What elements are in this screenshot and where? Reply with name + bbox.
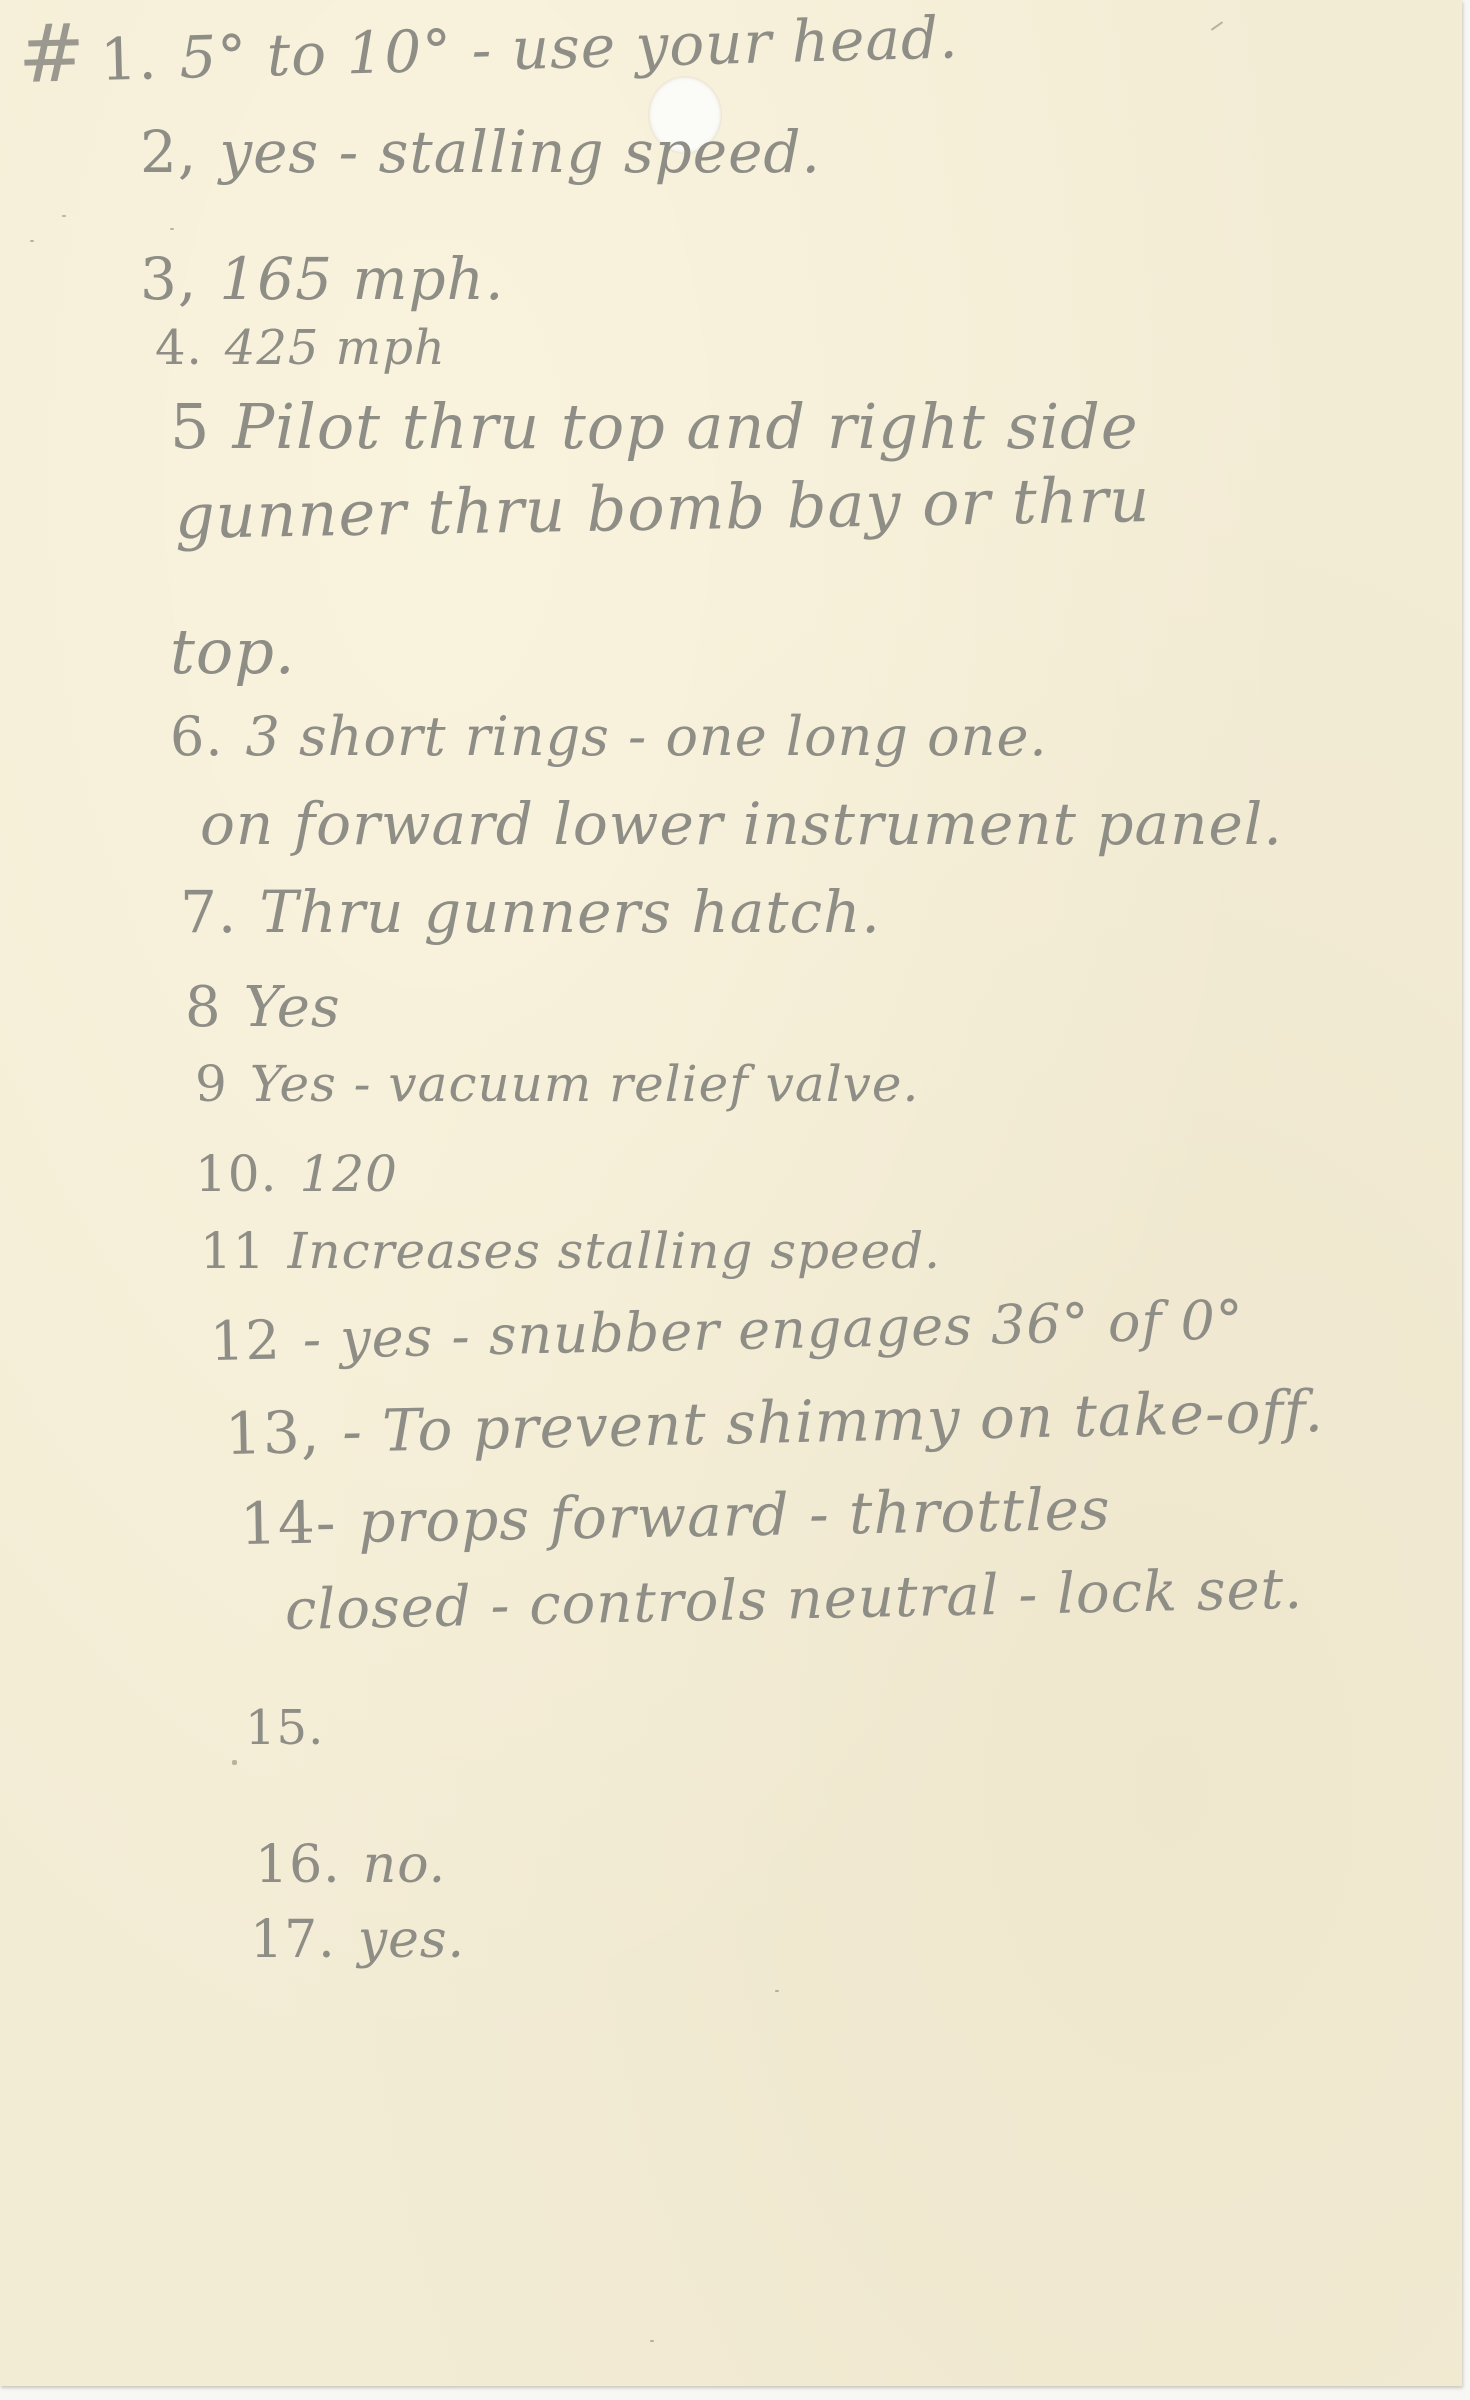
answer-text: gunner thru bomb bay or thru	[174, 463, 1150, 553]
answer-text: no.	[363, 1835, 446, 1895]
paper-speck	[650, 2340, 654, 2342]
answer-number: 16.	[255, 1835, 341, 1895]
paper-sheet: #1.5° to 10° - use your head. 2,yes - st…	[0, 0, 1462, 2386]
answer-15: 15.	[245, 1700, 346, 1756]
answer-number: 9	[195, 1055, 228, 1113]
answer-14: 14-props forward - throttles	[239, 1475, 1111, 1558]
paper-speck	[170, 228, 174, 230]
answer-number: 11	[200, 1222, 266, 1280]
answer-11: 11Increases stalling speed.	[200, 1222, 941, 1280]
answer-8: 8Yes	[185, 975, 341, 1040]
answer-number: 10.	[195, 1145, 278, 1203]
answer-6-cont: on forward lower instrument panel.	[200, 790, 1283, 858]
answer-text: yes.	[358, 1910, 465, 1970]
answer-12: 12- yes - snubber engages 36° of 0°	[209, 1288, 1244, 1373]
paper-speck	[1211, 21, 1224, 31]
answer-text: closed - controls neutral - lock set.	[284, 1557, 1303, 1643]
answer-text: on forward lower instrument panel.	[200, 790, 1283, 858]
answer-text: - To prevent shimmy on take-off.	[342, 1377, 1325, 1466]
answer-4: 4.425 mph	[155, 320, 446, 376]
answer-text: 3 short rings - one long one.	[246, 705, 1048, 768]
answer-10: 10.120	[195, 1145, 398, 1203]
answer-number: 14-	[239, 1488, 337, 1558]
answer-text: 165 mph.	[219, 245, 504, 313]
answer-number: 6.	[170, 705, 224, 768]
answer-1: #1.5° to 10° - use your head.	[17, 0, 960, 101]
answer-6: 6.3 short rings - one long one.	[170, 705, 1048, 768]
answer-number: 12	[209, 1309, 281, 1373]
answer-17: 17.yes.	[250, 1910, 465, 1970]
answer-13: 13,- To prevent shimmy on take-off.	[224, 1377, 1324, 1468]
answer-number: 7.	[180, 878, 237, 946]
answer-number: 1.	[99, 24, 158, 93]
answer-number: 2,	[140, 118, 197, 186]
paper-speck	[30, 240, 34, 242]
answer-2: 2,yes - stalling speed.	[140, 118, 821, 186]
answer-number: 5	[170, 390, 210, 463]
answer-7: 7.Thru gunners hatch.	[180, 878, 881, 946]
answer-text: Thru gunners hatch.	[259, 878, 881, 946]
answer-text: yes - stalling speed.	[219, 118, 821, 186]
answer-text: Yes - vacuum relief valve.	[250, 1055, 920, 1113]
paper-speck	[232, 1760, 237, 1765]
answer-text: - yes - snubber engages 36° of 0°	[302, 1288, 1244, 1371]
header-mark: #	[17, 6, 87, 101]
answer-number: 17.	[250, 1910, 336, 1970]
answer-3: 3,165 mph.	[140, 245, 504, 313]
answer-9: 9Yes - vacuum relief valve.	[195, 1055, 919, 1113]
answer-text: props forward - throttles	[358, 1475, 1111, 1556]
paper-speck	[62, 215, 66, 217]
answer-text: 5° to 10° - use your head.	[179, 3, 960, 91]
answer-5-cont: gunner thru bomb bay or thru	[174, 463, 1150, 553]
answer-number: 8	[185, 975, 222, 1040]
answer-number: 15.	[245, 1700, 324, 1756]
answer-16: 16.no.	[255, 1835, 446, 1895]
answer-text: top.	[170, 615, 296, 688]
answer-number: 3,	[140, 245, 197, 313]
answer-text: Pilot thru top and right side	[232, 390, 1138, 463]
answer-text: 120	[300, 1145, 398, 1203]
answer-text: 425 mph	[225, 320, 446, 376]
answer-number: 13,	[224, 1398, 321, 1468]
answer-text: Yes	[244, 975, 341, 1040]
answer-text: Increases stalling speed.	[288, 1222, 941, 1280]
answer-5: 5Pilot thru top and right side	[170, 390, 1139, 463]
answer-5-cont: top.	[170, 615, 296, 688]
paper-speck	[775, 1990, 779, 1992]
answer-number: 4.	[155, 320, 203, 376]
answer-14-cont: closed - controls neutral - lock set.	[284, 1557, 1303, 1643]
